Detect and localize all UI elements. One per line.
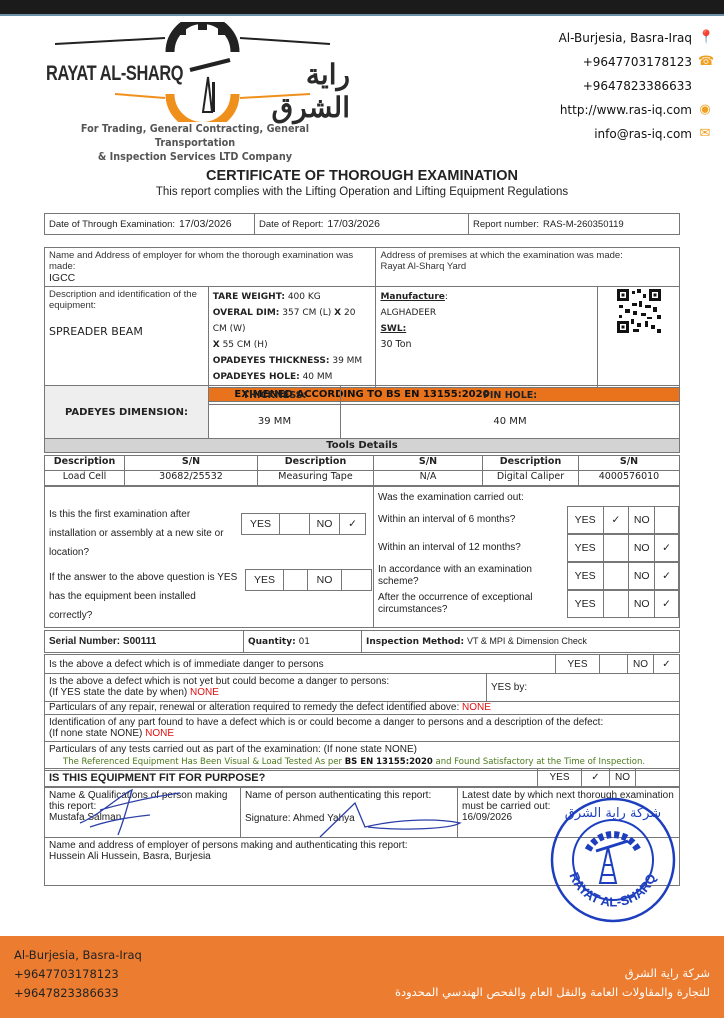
thickness-label: THICKNESS:: [209, 386, 341, 405]
table-row: Load Cell 30682/25532 Measuring Tape N/A…: [45, 471, 680, 486]
qr-code-cell: [598, 287, 680, 388]
signature-maker-icon: [70, 785, 190, 845]
company-stamp-icon: RAYAT AL-SHARQ Co. شركة راية الشرق: [548, 795, 678, 925]
phone-icon: ☎: [698, 55, 712, 69]
q-first-exam: Is this the first examination after inst…: [49, 505, 239, 562]
envelope-icon: ✉: [698, 127, 712, 141]
fit-no-check[interactable]: [636, 769, 680, 787]
interval-check[interactable]: ✓: [655, 591, 679, 618]
company-logo: RAYAT AL-SHARQ راية الشرق For Trading, G…: [40, 22, 350, 152]
padeyes-label: PADEYES DIMENSION:: [45, 386, 209, 439]
company-tagline: For Trading, General Contracting, Genera…: [52, 122, 337, 164]
interval-check[interactable]: [603, 535, 629, 562]
svg-text:شركة راية الشرق: شركة راية الشرق: [565, 806, 661, 821]
carried-out-label: Was the examination carried out:: [378, 490, 679, 506]
premises-cell: Address of premises at which the examina…: [376, 248, 680, 287]
immediate-yes-check[interactable]: [600, 655, 628, 674]
equipment-cell: Description and identification of the eq…: [45, 287, 209, 388]
inspection-method: Inspection Method: VT & MPI & Dimension …: [362, 631, 680, 653]
immediate-danger-table: Is the above a defect which is of immedi…: [44, 654, 680, 674]
installed-yesno: YES NO: [245, 569, 372, 591]
company-name-en: RAYAT AL-SHARQ: [46, 62, 183, 86]
interval-section: Was the examination carried out: Within …: [374, 487, 680, 628]
fit-question: IS THIS EQUIPMENT FIT FOR PURPOSE?: [45, 769, 538, 787]
globe-icon: ◉: [698, 103, 712, 117]
tools-header: S/N: [125, 456, 258, 471]
qr-code-icon[interactable]: [617, 289, 661, 333]
first-exam-section: Is this the first examination after inst…: [45, 487, 374, 628]
installed-no-check[interactable]: [342, 570, 372, 591]
certificate-table: Name and Address of employer for whom th…: [44, 247, 680, 402]
manufacture-cell: Manufacture: ALGHADEER SWL: 30 Ton: [376, 287, 598, 388]
tools-header: Description: [483, 456, 579, 471]
serial-number: Serial Number: S00111: [45, 631, 244, 653]
interval-check[interactable]: [603, 591, 629, 618]
page-title: CERTIFICATE OF THOROUGH EXAMINATION: [0, 168, 724, 184]
pinhole-label: PIN HOLE:: [341, 386, 680, 405]
date-bar: Date of Through Examination:17/03/2026 D…: [44, 213, 680, 235]
footer: Al-Burjesia, Basra-Iraq +9647703178123 +…: [0, 936, 724, 1018]
thickness-value: 39 MM: [209, 405, 341, 439]
company-name-ar: راية الشرق: [235, 58, 350, 124]
interval-check[interactable]: ✓: [655, 535, 679, 562]
interval-check[interactable]: ✓: [655, 563, 679, 590]
signature-authenticator-icon: [310, 795, 470, 845]
interval-check[interactable]: [655, 507, 679, 534]
specs-cell: TARE WEIGHT: 400 KG OVERAL DIM: 357 CM (…: [208, 287, 376, 388]
interval-check[interactable]: ✓: [603, 507, 629, 534]
q-installed: If the answer to the above question is Y…: [49, 568, 239, 625]
pinhole-value: 40 MM: [341, 405, 680, 439]
interval-list: Within an interval of 6 months?YES✓NOWit…: [378, 506, 679, 618]
interval-row: In accordance with an examination scheme…: [378, 562, 679, 590]
q-could-become: Is the above a defect which is not yet b…: [45, 674, 487, 702]
interval-row: Within an interval of 12 months?YESNO✓: [378, 534, 679, 562]
contact-email[interactable]: info@ras-iq.com✉: [559, 122, 712, 146]
contact-website[interactable]: http://www.ras-iq.com◉: [559, 98, 712, 122]
questions-table: Is this the first examination after inst…: [44, 486, 680, 628]
first-no-check[interactable]: ✓: [340, 514, 366, 535]
location-pin-icon: 📍: [698, 31, 712, 45]
contact-phone-1[interactable]: +9647703178123☎: [559, 50, 712, 74]
contact-address: Al-Burjesia, Basra-Iraq📍: [559, 26, 712, 50]
page-subtitle: This report complies with the Lifting Op…: [0, 186, 724, 198]
quantity: Quantity: 01: [244, 631, 362, 653]
report-number-cell: Report number:RAS-M-260350119: [469, 214, 680, 235]
tools-header: S/N: [579, 456, 680, 471]
defect-identification: Identification of any part found to have…: [45, 715, 680, 742]
repair-particulars: Particulars of any repair, renewal or al…: [45, 702, 680, 715]
report-date-cell: Date of Report:17/03/2026: [255, 214, 469, 235]
fit-yes-check[interactable]: ✓: [582, 769, 610, 787]
footer-contacts: Al-Burjesia, Basra-Iraq +9647703178123 +…: [14, 946, 142, 1003]
padeyes-table: PADEYES DIMENSION: THICKNESS: PIN HOLE: …: [44, 385, 680, 453]
tools-header: S/N: [374, 456, 483, 471]
employer-cell: Name and Address of employer for whom th…: [45, 248, 376, 287]
contact-phone-2[interactable]: +9647823386633.: [559, 74, 712, 98]
footer-company-ar: شركة راية الشرق للتجارة والمقاولات العام…: [395, 964, 710, 1002]
q-immediate: Is the above a defect which is of immedi…: [45, 655, 556, 674]
first-exam-yesno: YES NO ✓: [241, 513, 366, 535]
first-yes-check[interactable]: [280, 514, 310, 535]
contact-block: Al-Burjesia, Basra-Iraq📍 +9647703178123☎…: [559, 26, 712, 146]
interval-row: Within an interval of 6 months?YES✓NO: [378, 506, 679, 534]
tests-particulars: Particulars of any tests carried out as …: [45, 742, 680, 771]
tools-title: Tools Details: [45, 439, 680, 453]
yes-by-field[interactable]: YES by:: [487, 674, 680, 702]
serial-table: Serial Number: S00111 Quantity: 01 Inspe…: [44, 630, 680, 653]
tools-header: Description: [45, 456, 125, 471]
immediate-no-check[interactable]: ✓: [654, 655, 680, 674]
interval-row: After the occurrence of exceptional circ…: [378, 590, 679, 618]
installed-yes-check[interactable]: [284, 570, 308, 591]
interval-check[interactable]: [603, 563, 629, 590]
tools-table: Description S/N Description S/N Descript…: [44, 455, 680, 486]
tools-header: Description: [258, 456, 374, 471]
exam-date-cell: Date of Through Examination:17/03/2026: [45, 214, 255, 235]
defects-table: Is the above a defect which is not yet b…: [44, 673, 680, 771]
top-bar: [0, 0, 724, 16]
